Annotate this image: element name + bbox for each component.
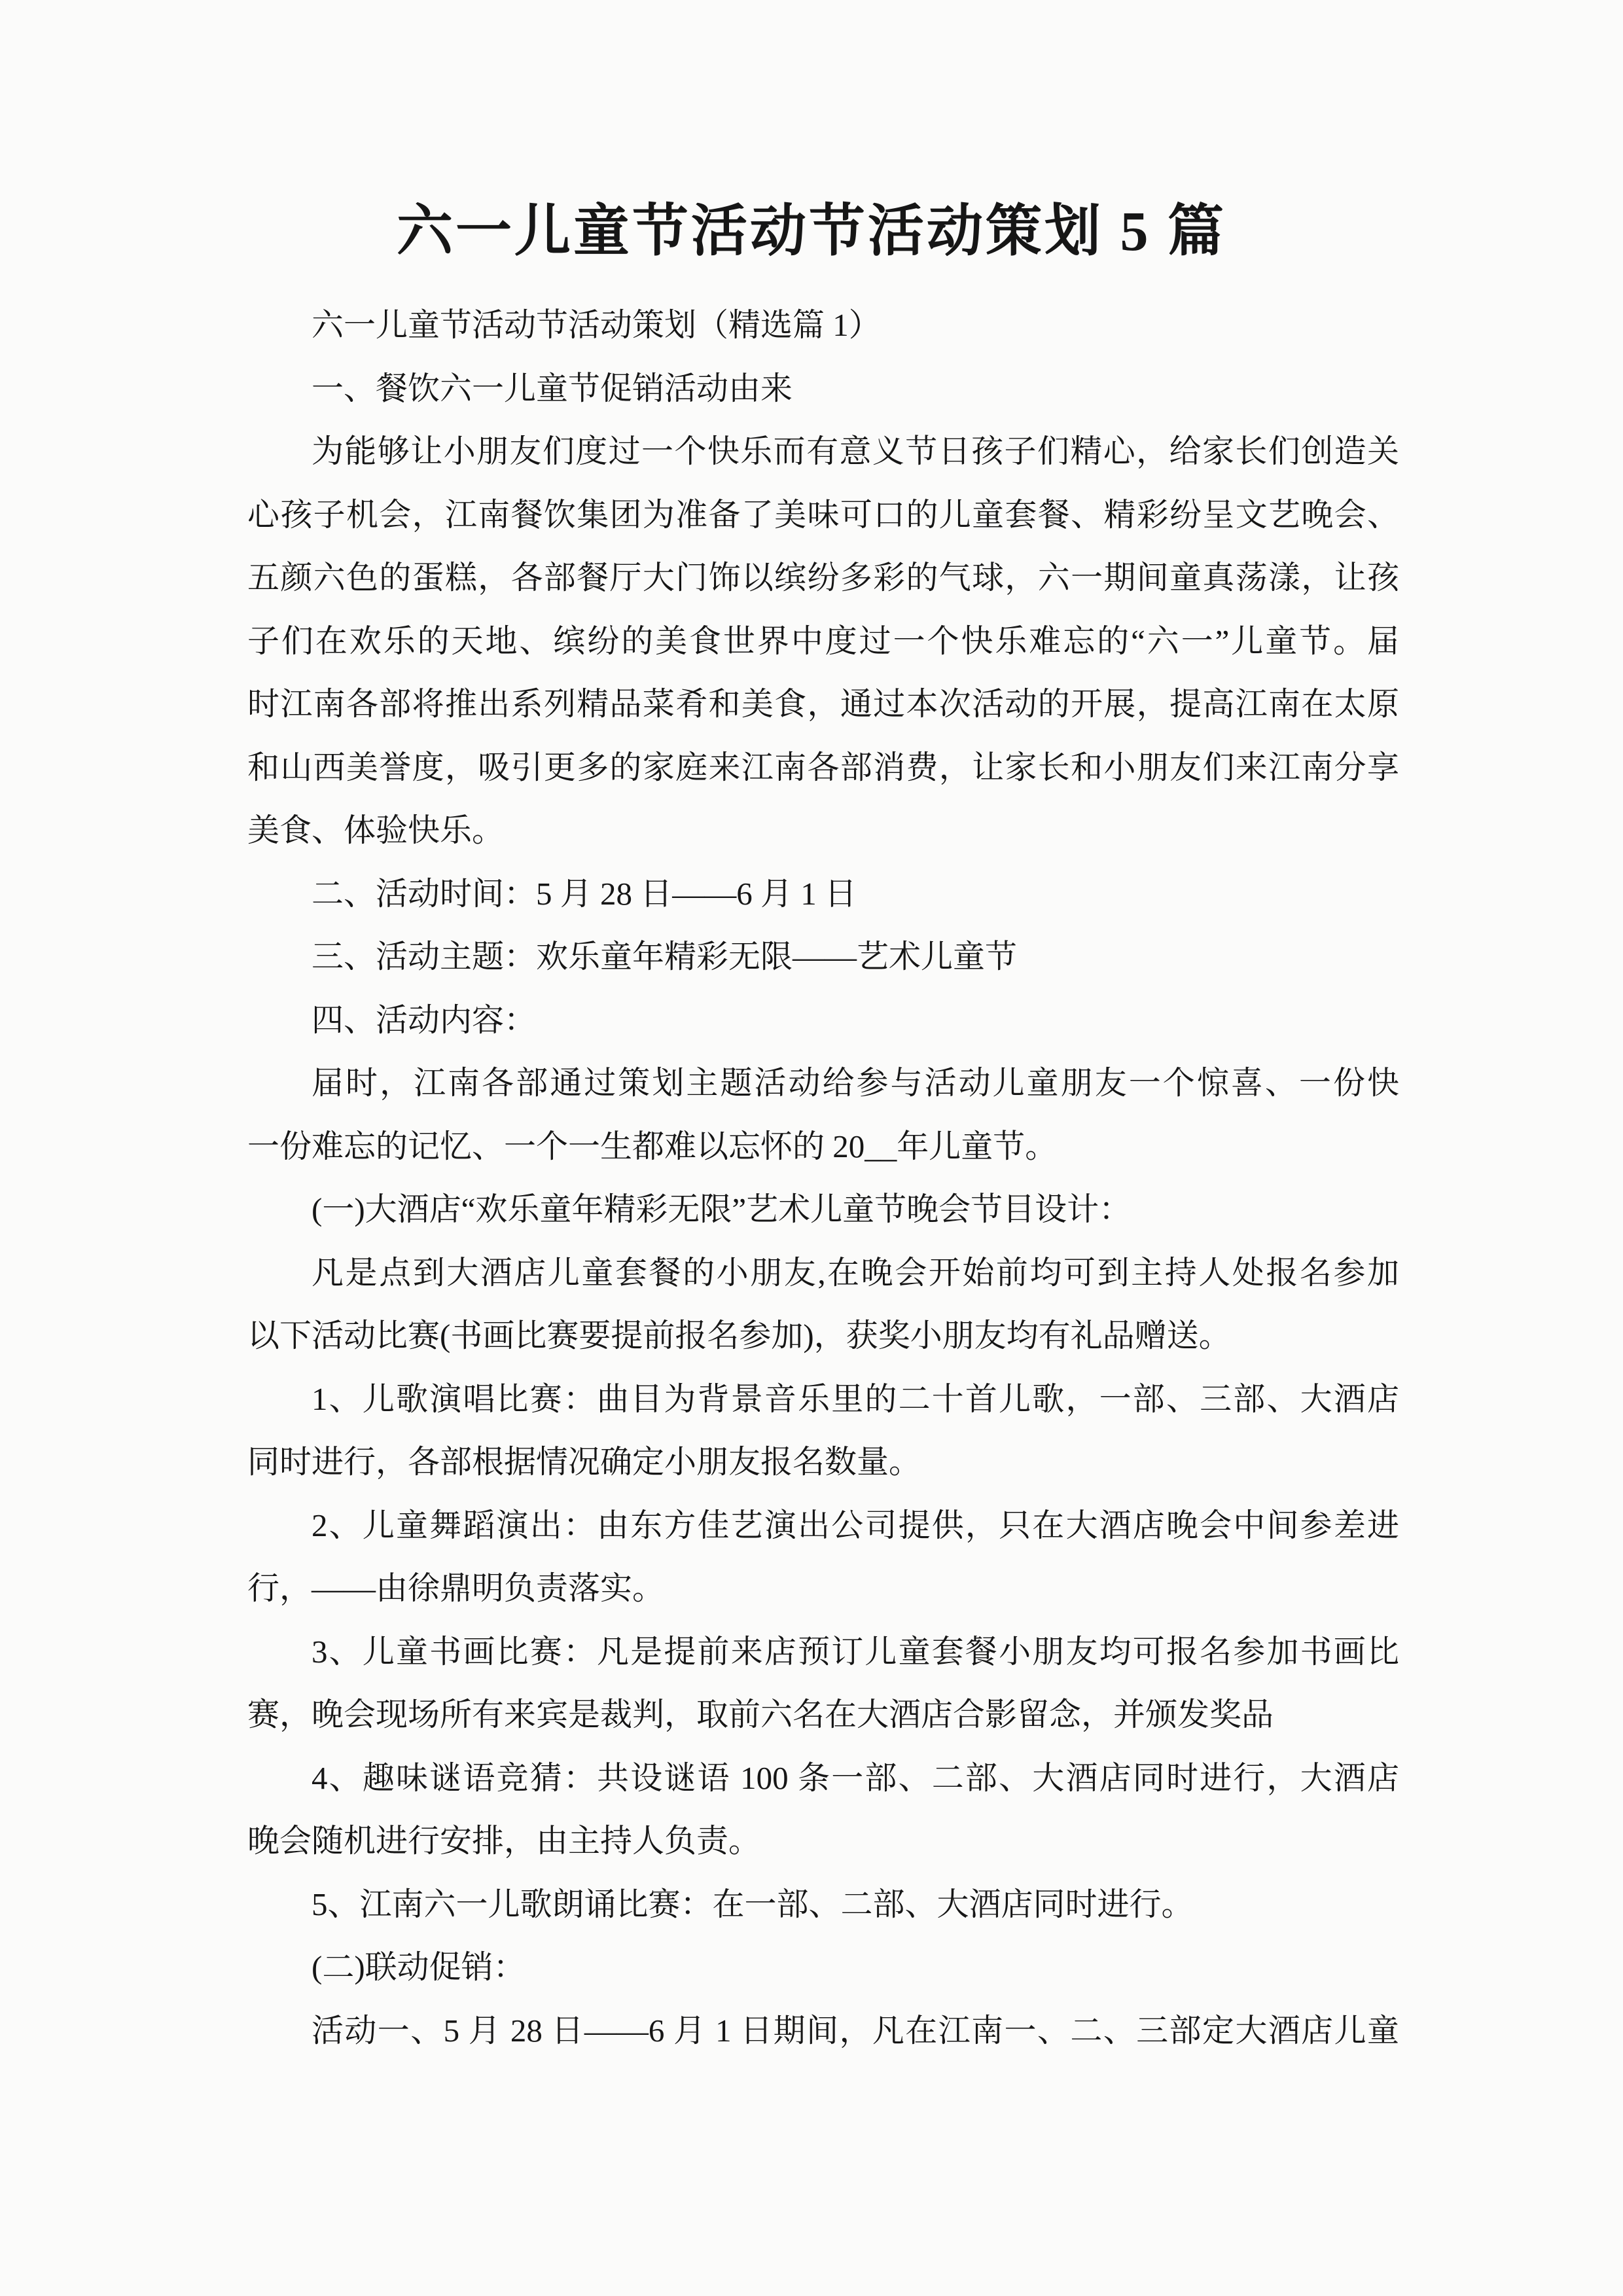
text-line: 活动一、5 月 28 日——6 月 1 日期间，凡在江南一、二、三部定大酒店儿童 <box>247 2000 1399 2063</box>
text-line: 一份难忘的记忆、一个一生都难以忘怀的 20__年儿童节。 <box>247 1115 1399 1179</box>
text-line: 二、活动时间：5 月 28 日——6 月 1 日 <box>247 863 1399 926</box>
text-line: 三、活动主题：欢乐童年精彩无限——艺术儿童节 <box>247 925 1399 989</box>
text-line: 赛，晚会现场所有来宾是裁判，取前六名在大酒店合影留念，并颁发奖品 <box>247 1683 1399 1747</box>
text-line: 以下活动比赛(书画比赛要提前报名参加)，获奖小朋友均有礼品赠送。 <box>247 1304 1399 1368</box>
text-line: 凡是点到大酒店儿童套餐的小朋友,在晚会开始前均可到主持人处报名参加 <box>247 1242 1399 1305</box>
text-line: (一)大酒店“欢乐童年精彩无限”艺术儿童节晚会节目设计： <box>247 1178 1399 1242</box>
text-line: 1、儿歌演唱比赛：曲目为背景音乐里的二十首儿歌，一部、三部、大酒店 <box>247 1368 1399 1431</box>
text-line: 为能够让小朋友们度过一个快乐而有意义节日孩子们精心，给家长们创造关 <box>247 420 1399 484</box>
text-line: 四、活动内容： <box>247 989 1399 1052</box>
text-line: 5、江南六一儿歌朗诵比赛：在一部、二部、大酒店同时进行。 <box>247 1873 1399 1937</box>
text-line: 同时进行，各部根据情况确定小朋友报名数量。 <box>247 1431 1399 1494</box>
text-line: 子们在欢乐的天地、缤纷的美食世界中度过一个快乐难忘的“六一”儿童节。届 <box>247 610 1399 673</box>
text-line: 晚会随机进行安排，由主持人负责。 <box>247 1810 1399 1873</box>
text-line: 3、儿童书画比赛：凡是提前来店预订儿童套餐小朋友均可报名参加书画比 <box>247 1621 1399 1684</box>
text-line: 六一儿童节活动节活动策划（精选篇 1） <box>247 294 1399 357</box>
text-line: 一、餐饮六一儿童节促销活动由来 <box>247 357 1399 421</box>
text-line: 时江南各部将推出系列精品菜肴和美食，通过本次活动的开展，提高江南在太原 <box>247 673 1399 736</box>
text-line: 心孩子机会，江南餐饮集团为准备了美味可口的儿童套餐、精彩纷呈文艺晚会、 <box>247 484 1399 547</box>
text-line: (二)联动促销： <box>247 1936 1399 2000</box>
text-line: 届时，江南各部通过策划主题活动给参与活动儿童朋友一个惊喜、一份快乐、 <box>247 1052 1399 1115</box>
text-line: 五颜六色的蛋糕，各部餐厅大门饰以缤纷多彩的气球，六一期间童真荡漾，让孩 <box>247 547 1399 610</box>
document-title: 六一儿童节活动节活动策划 5 篇 <box>0 195 1623 267</box>
text-line: 2、儿童舞蹈演出：由东方佳艺演出公司提供，只在大酒店晚会中间参差进 <box>247 1494 1399 1558</box>
document-page: 六一儿童节活动节活动策划 5 篇 六一儿童节活动节活动策划（精选篇 1）一、餐饮… <box>0 0 1623 2296</box>
text-line: 和山西美誉度，吸引更多的家庭来江南各部消费，让家长和小朋友们来江南分享 <box>247 736 1399 800</box>
text-line: 美食、体验快乐。 <box>247 799 1399 863</box>
document-body: 六一儿童节活动节活动策划（精选篇 1）一、餐饮六一儿童节促销活动由来为能够让小朋… <box>247 294 1399 2062</box>
text-line: 4、趣味谜语竞猜：共设谜语 100 条一部、二部、大酒店同时进行，大酒店 <box>247 1747 1399 1810</box>
text-line: 行，——由徐鼎明负责落实。 <box>247 1557 1399 1621</box>
